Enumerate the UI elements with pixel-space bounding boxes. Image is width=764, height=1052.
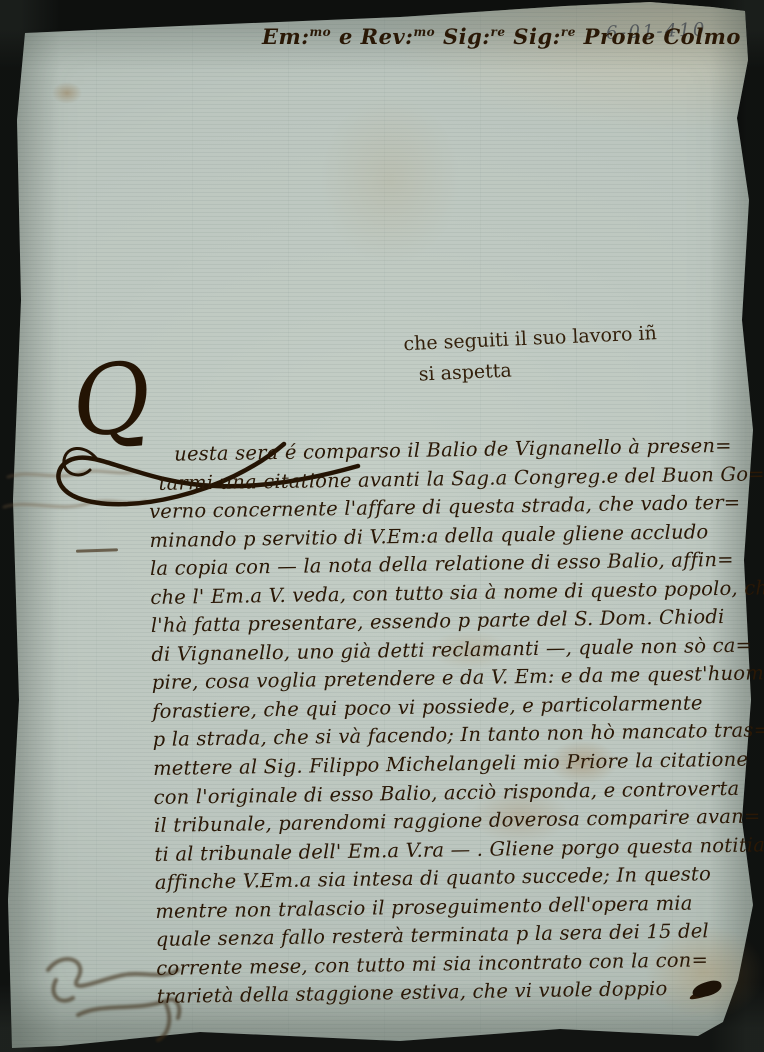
salutation-part: Em:: [262, 24, 309, 49]
salutation-part: Prone Colmo: [576, 24, 741, 49]
salutation-part: e Rev:: [331, 24, 413, 49]
salutation-superscript: mo: [309, 25, 331, 39]
salutation-superscript: mo: [413, 25, 435, 39]
salutation-part: Sig:: [506, 24, 561, 49]
salutation-part: Sig:: [435, 24, 490, 49]
salutation-superscript: re: [561, 25, 576, 39]
letter-body: uesta sera é comparso il Balio de Vignan…: [148, 432, 761, 1012]
salutation-header: Em:mo e Rev:mo Sig:re Sig:re Prone Colmo: [262, 24, 582, 49]
salutation-superscript: re: [491, 25, 506, 39]
